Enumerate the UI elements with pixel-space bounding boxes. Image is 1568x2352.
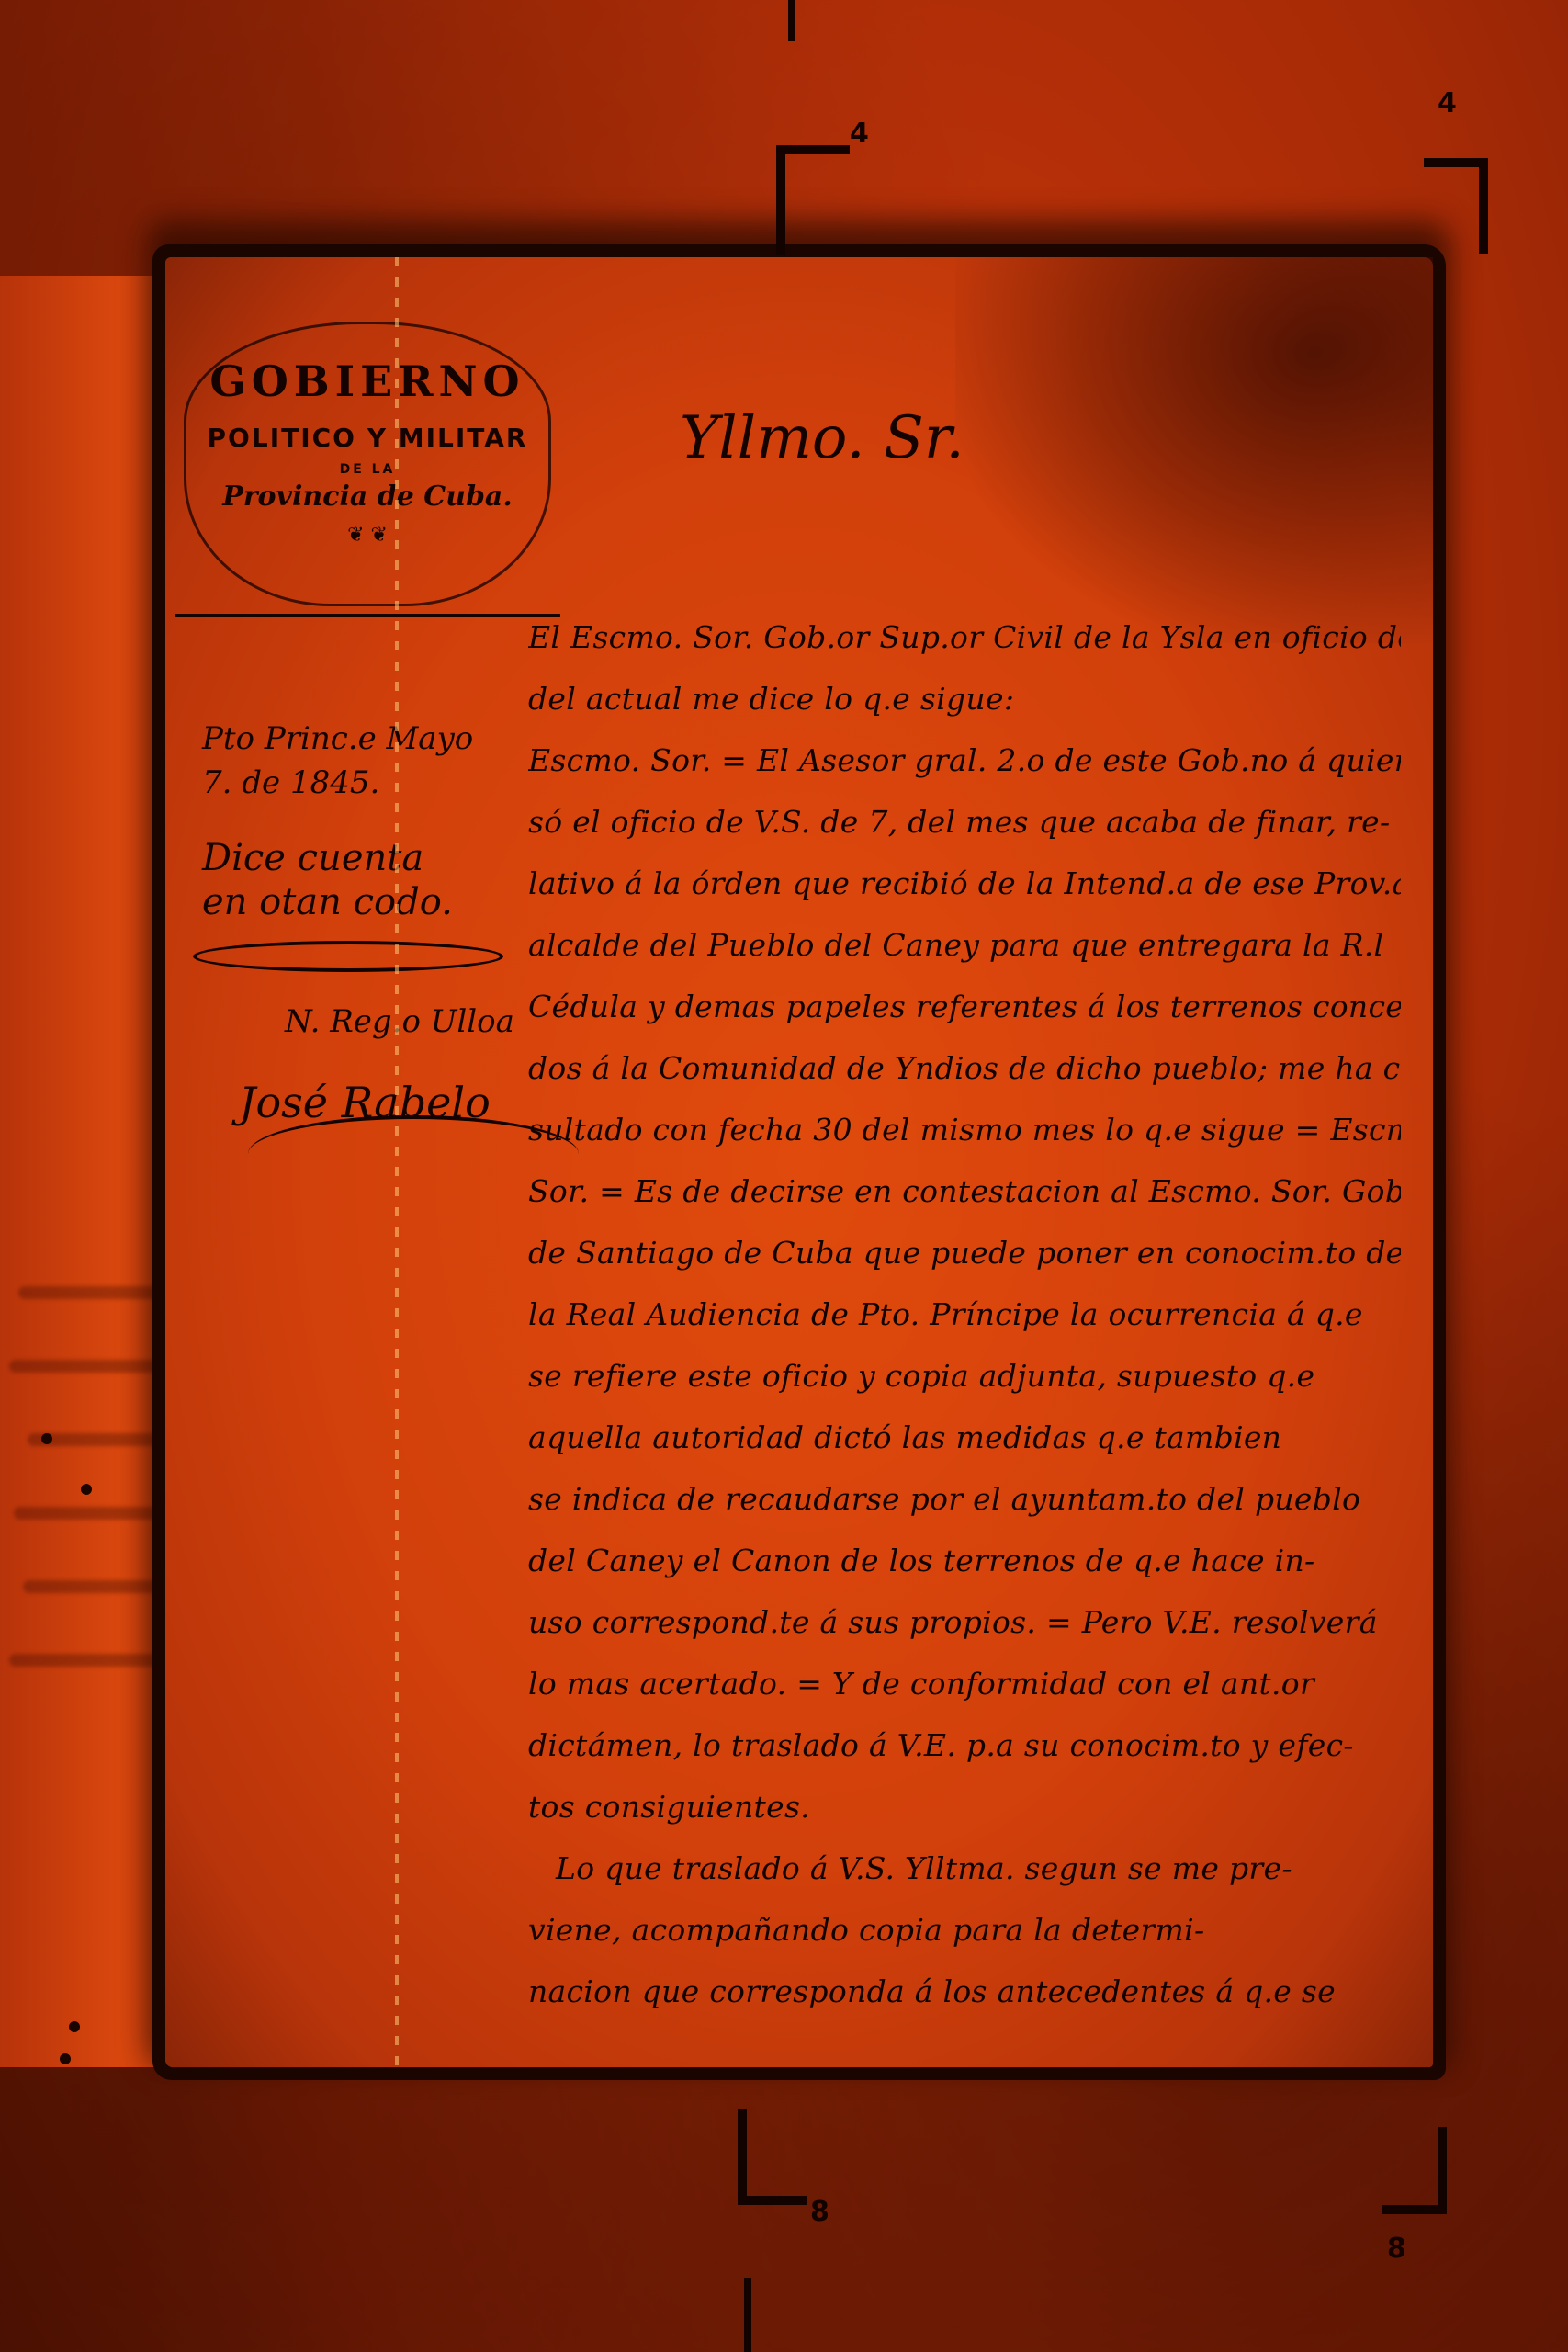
body-line: viene, acompañando copia para la determi… xyxy=(528,1899,1401,1961)
bleed-through-smudge xyxy=(14,1507,170,1520)
ink-spot xyxy=(41,1433,52,1444)
top-tick-mark xyxy=(788,0,795,41)
body-line: dos á la Comunidad de Yndios de dicho pu… xyxy=(528,1037,1401,1099)
body-line: El Escmo. Sor. Gob.or Sup.or Civil de la… xyxy=(528,606,1401,668)
document-page: GOBIERNO POLITICO Y MILITAR DE LA Provin… xyxy=(165,257,1433,2067)
letterhead-title: GOBIERNO xyxy=(184,356,551,406)
margin-summary-line1: Dice cuenta xyxy=(202,836,570,880)
crop-number-top-right: 4 xyxy=(1438,87,1457,119)
body-line: Lo que traslado á V.S. Ylltma. segun se … xyxy=(528,1837,1401,1899)
crop-mark-top-right xyxy=(1424,158,1488,254)
body-line: del Caney el Canon de los terrenos de q.… xyxy=(528,1530,1401,1591)
paraph-flourish xyxy=(193,941,503,972)
letterhead-divider xyxy=(175,614,560,617)
salutation: Yllmo. Sr. xyxy=(680,404,964,472)
crop-number-top-left: 4 xyxy=(850,118,869,150)
body-line: Sor. = Es de decirse en contestacion al … xyxy=(528,1160,1401,1222)
crop-mark-bottom-left xyxy=(738,2109,807,2205)
body-line: alcalde del Pueblo del Caney para que en… xyxy=(528,914,1401,976)
margin-date: 7. de 1845. xyxy=(202,761,570,805)
bleed-through-smudge xyxy=(23,1580,170,1593)
body-line: nacion que corresponda á los antecedente… xyxy=(528,1961,1401,2022)
letter-body: El Escmo. Sor. Gob.or Sup.or Civil de la… xyxy=(528,606,1401,2022)
body-line: de Santiago de Cuba que puede poner en c… xyxy=(528,1222,1401,1283)
body-line: la Real Audiencia de Pto. Príncipe la oc… xyxy=(528,1283,1401,1345)
letterhead-subtitle: POLITICO Y MILITAR xyxy=(184,423,551,453)
body-line: só el oficio de V.S. de 7, del mes que a… xyxy=(528,791,1401,853)
margin-registry: N. Reg.o Ulloa xyxy=(202,1000,570,1044)
body-line: del actual me dice lo q.e sigue: xyxy=(528,668,1401,729)
body-line: uso correspond.te á sus propios. = Pero … xyxy=(528,1591,1401,1653)
crop-number-bottom-left: 8 xyxy=(810,2196,829,2228)
letterhead-stamp: GOBIERNO POLITICO Y MILITAR DE LA Provin… xyxy=(184,322,551,606)
margin-notes: Pto Princ.e Mayo 7. de 1845. Dice cuenta… xyxy=(202,717,570,1193)
ink-spot xyxy=(60,2053,71,2064)
ornament-icon: ❦ ❦ xyxy=(184,524,551,547)
crop-mark-bottom-right xyxy=(1382,2127,1447,2214)
ink-spot xyxy=(69,2021,80,2032)
margin-place: Pto Princ.e Mayo xyxy=(202,717,570,761)
body-line: lo mas acertado. = Y de conformidad con … xyxy=(528,1653,1401,1714)
body-line: tos consiguientes. xyxy=(528,1776,1401,1837)
bleed-through-smudge xyxy=(9,1654,184,1667)
body-line: aquella autoridad dictó las medidas q.e … xyxy=(528,1407,1401,1468)
body-line: se indica de recaudarse por el ayuntam.t… xyxy=(528,1468,1401,1530)
letterhead-province: Provincia de Cuba. xyxy=(184,481,551,513)
bottom-tick-mark xyxy=(744,2278,751,2352)
crop-mark-top-left xyxy=(776,145,850,255)
margin-summary-line2: en otan codo. xyxy=(202,880,570,924)
ink-spot xyxy=(81,1484,92,1495)
body-line: dictámen, lo traslado á V.E. p.a su cono… xyxy=(528,1714,1401,1776)
letterhead-connector: DE LA xyxy=(184,462,551,477)
body-line: lativo á la órden que recibió de la Inte… xyxy=(528,853,1401,914)
bleed-through-smudge xyxy=(9,1360,175,1373)
bleed-through-smudge xyxy=(18,1286,165,1299)
crop-number-bottom-right: 8 xyxy=(1387,2233,1406,2265)
margin-signature: José Rabelo xyxy=(239,1080,570,1125)
body-line: sultado con fecha 30 del mismo mes lo q.… xyxy=(528,1099,1401,1160)
body-line: Cédula y demas papeles referentes á los … xyxy=(528,976,1401,1037)
body-line: se refiere este oficio y copia adjunta, … xyxy=(528,1345,1401,1407)
body-line: Escmo. Sor. = El Asesor gral. 2.o de est… xyxy=(528,729,1401,791)
